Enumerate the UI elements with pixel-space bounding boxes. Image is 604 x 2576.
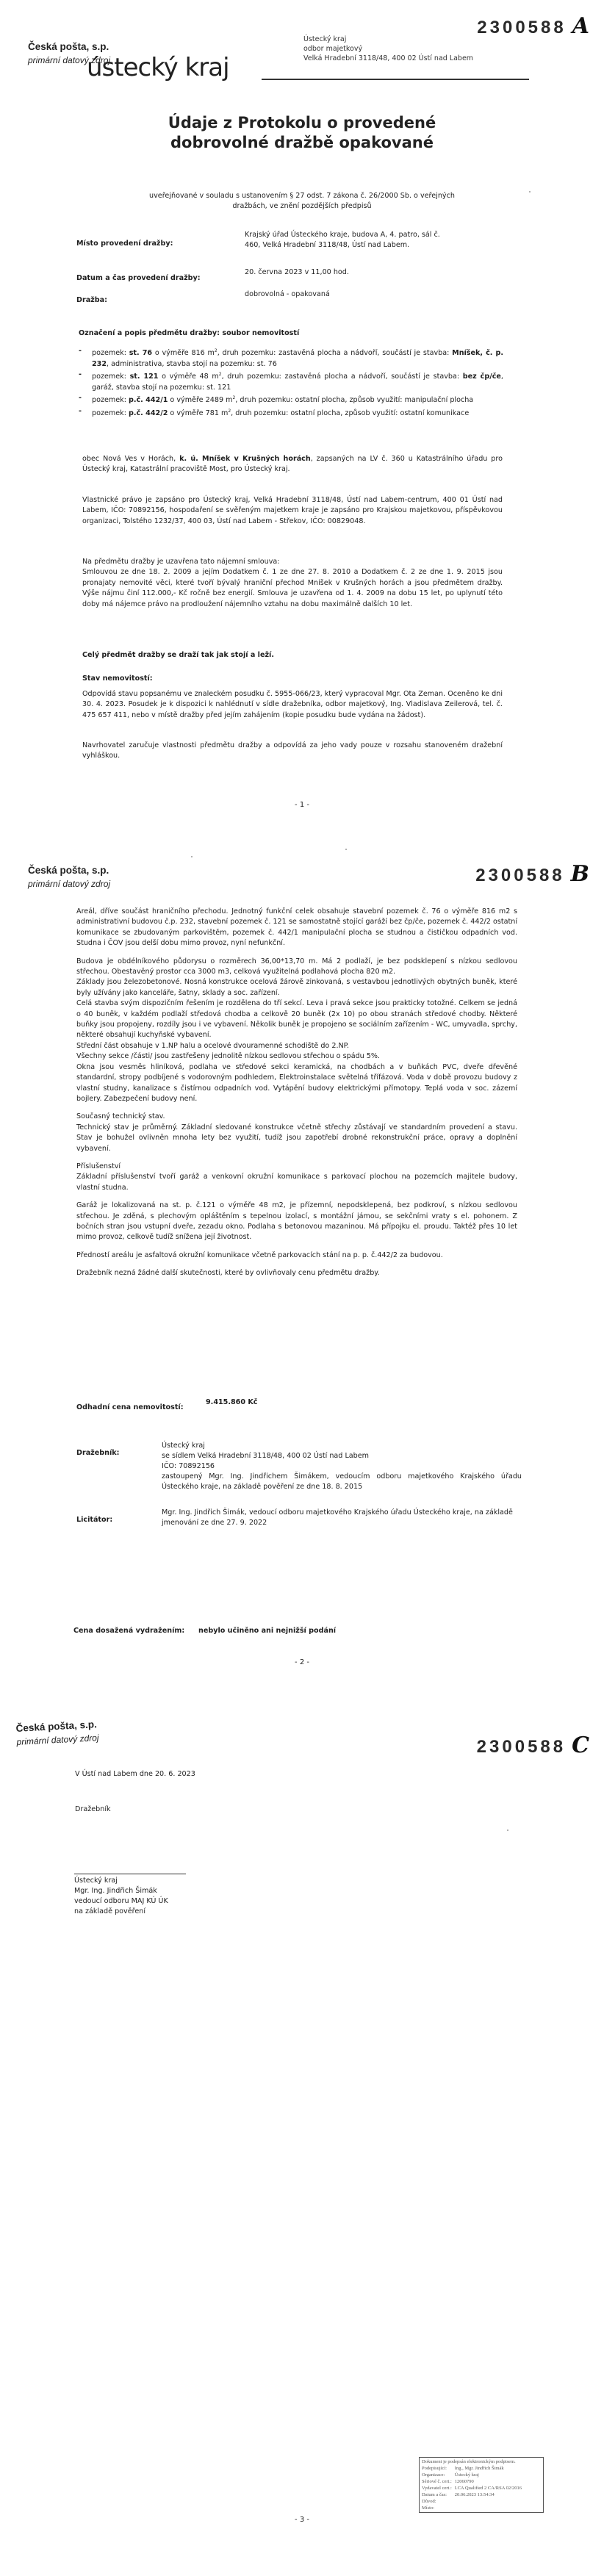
esign-row: Datum a čas:20.06.2023 13:54:34 (422, 2492, 525, 2498)
property-list: pozemek: st. 76 o výměře 816 m2, druh po… (77, 346, 503, 419)
header-rule (262, 79, 529, 80)
description-paragraph: Předností areálu je asfaltová okružní ko… (76, 1251, 517, 1261)
scan-speck (345, 849, 347, 850)
state-heading: Stav nemovitostí: (82, 674, 153, 683)
ownership-text: Vlastnické právo je zapsáno pro Ústecký … (82, 495, 503, 527)
signatory-role: Dražebník (75, 1805, 111, 1815)
scan-speck (529, 191, 531, 193)
esign-row: Důvod: (422, 2498, 525, 2505)
area-description: Areál, dříve součást hraničního přechodu… (76, 907, 517, 1287)
estimate-label: Odhadní cena nemovitostí: (76, 1398, 184, 1412)
warranty-text: Navrhovatel zaručuje vlastnosti předmětu… (82, 741, 503, 762)
state-text: Odpovídá stavu popsanému ve znaleckém po… (82, 689, 503, 721)
esign-row: Organizace:Ústecký kraj (422, 2472, 525, 2478)
legal-subtitle: uveřejňované v souladu s ustanovením § 2… (0, 191, 604, 212)
place-date: V Ústí nad Labem dne 20. 6. 2023 (75, 1769, 195, 1780)
document-number: 2300588C (477, 1733, 589, 1758)
field-value-place: Krajský úřad Ústeckého kraje, budova A, … (245, 230, 440, 251)
description-paragraph: PříslušenstvíZákladní příslušenství tvoř… (76, 1162, 517, 1193)
esign-heading: Dokument je podepsán elektronickým podpi… (422, 2458, 541, 2465)
header-address: Ústecký kraj odbor majetkový Velká Hrade… (303, 35, 473, 63)
property-item: pozemek: st. 76 o výměře 816 m2, druh po… (77, 346, 503, 370)
licitator-details: Mgr. Ing. Jindřich Šimák, vedoucí odboru… (162, 1508, 522, 1528)
description-paragraph: Dražebník nezná žádné další skutečnosti,… (76, 1268, 517, 1278)
field-label-auction: Dražba: (76, 291, 107, 305)
field-label-datetime: Datum a čas provedení dražby: (76, 269, 201, 283)
page-number-1: - 1 - (0, 801, 604, 809)
scan-speck (507, 1830, 508, 1831)
signature-block: Ústecký kraj Mgr. Ing. Jindřich Šimák ve… (74, 1876, 168, 1917)
cadastre-text: obec Nová Ves v Horách, k. ú. Mníšek v K… (82, 454, 503, 475)
esign-table: Podepisující:Ing., Mgr. Jindřich ŠimákOr… (422, 2465, 525, 2511)
electronic-signature-box: Dokument je podepsán elektronickým podpi… (419, 2457, 544, 2513)
region-logo: ústecký kraj (87, 53, 229, 82)
property-item: pozemek: p.č. 442/2 o výměře 781 m2, dru… (77, 406, 503, 420)
page-letter: C (572, 1733, 589, 1758)
lease-section: Na předmětu dražby je uzavřena tato náje… (82, 557, 503, 610)
description-paragraph: Garáž je lokalizovaná na st. p. č.121 o … (76, 1201, 517, 1243)
page-number-3: - 3 - (0, 2516, 604, 2524)
property-item: pozemek: p.č. 442/1 o výměře 2489 m2, dr… (77, 393, 503, 406)
field-value-datetime: 20. června 2023 v 11,00 hod. (245, 267, 349, 278)
document-number: 2300588B (475, 861, 589, 887)
price-achieved-value: nebylo učiněno ani nejnižší podání (198, 1627, 336, 1635)
field-label-place: Místo provedení dražby: (76, 234, 173, 248)
page-letter: B (571, 861, 589, 887)
esign-row: Vydavatel cert.:I.CA Qualified 2 CA/RSA … (422, 2485, 525, 2492)
auctioneer-details: Ústecký kraj se sídlem Velká Hradební 31… (162, 1441, 522, 1492)
licitator-label: Licitátor: (76, 1511, 112, 1525)
estimate-value: 9.415.860 Kč (206, 1398, 257, 1406)
scan-speck (191, 856, 193, 857)
auctioneer-label: Dražebník: (76, 1444, 119, 1458)
description-paragraph: Areál, dříve součást hraničního přechodu… (76, 907, 517, 949)
esign-row: Podepisující:Ing., Mgr. Jindřich Šimák (422, 2465, 525, 2472)
signature-line (74, 1874, 186, 1874)
field-value-auction: dobrovolná - opakovaná (245, 289, 330, 300)
post-name: Česká pošta, s.p. (28, 41, 110, 52)
as-is-statement: Celý předmět dražby se draží tak jak sto… (82, 651, 274, 659)
price-achieved-label: Cena dosažená vydražením: (73, 1627, 184, 1635)
subject-heading: Označení a popis předmětu dražby: soubor… (79, 329, 299, 337)
description-paragraph: Současný technický stav.Technický stav j… (76, 1112, 517, 1154)
page-letter: A (572, 13, 589, 39)
page-number-2: - 2 - (0, 1658, 604, 1666)
esign-row: Místo: (422, 2505, 525, 2511)
page-title: Údaje z Protokolu o provedené dobrovolné… (0, 113, 604, 153)
post-stamp: Česká pošta, s.p. primární datový zdroj (28, 865, 110, 889)
esign-row: Sériové č. cert.:12060790 (422, 2478, 525, 2485)
property-item: pozemek: st. 121 o výměře 48 m2, druh po… (77, 370, 503, 393)
description-paragraph: Budova je obdélníkového půdorysu o rozmě… (76, 957, 517, 1105)
document-number: 2300588A (477, 13, 589, 39)
post-stamp: Česká pošta, s.p. primární datový zdroj (15, 1719, 99, 1747)
